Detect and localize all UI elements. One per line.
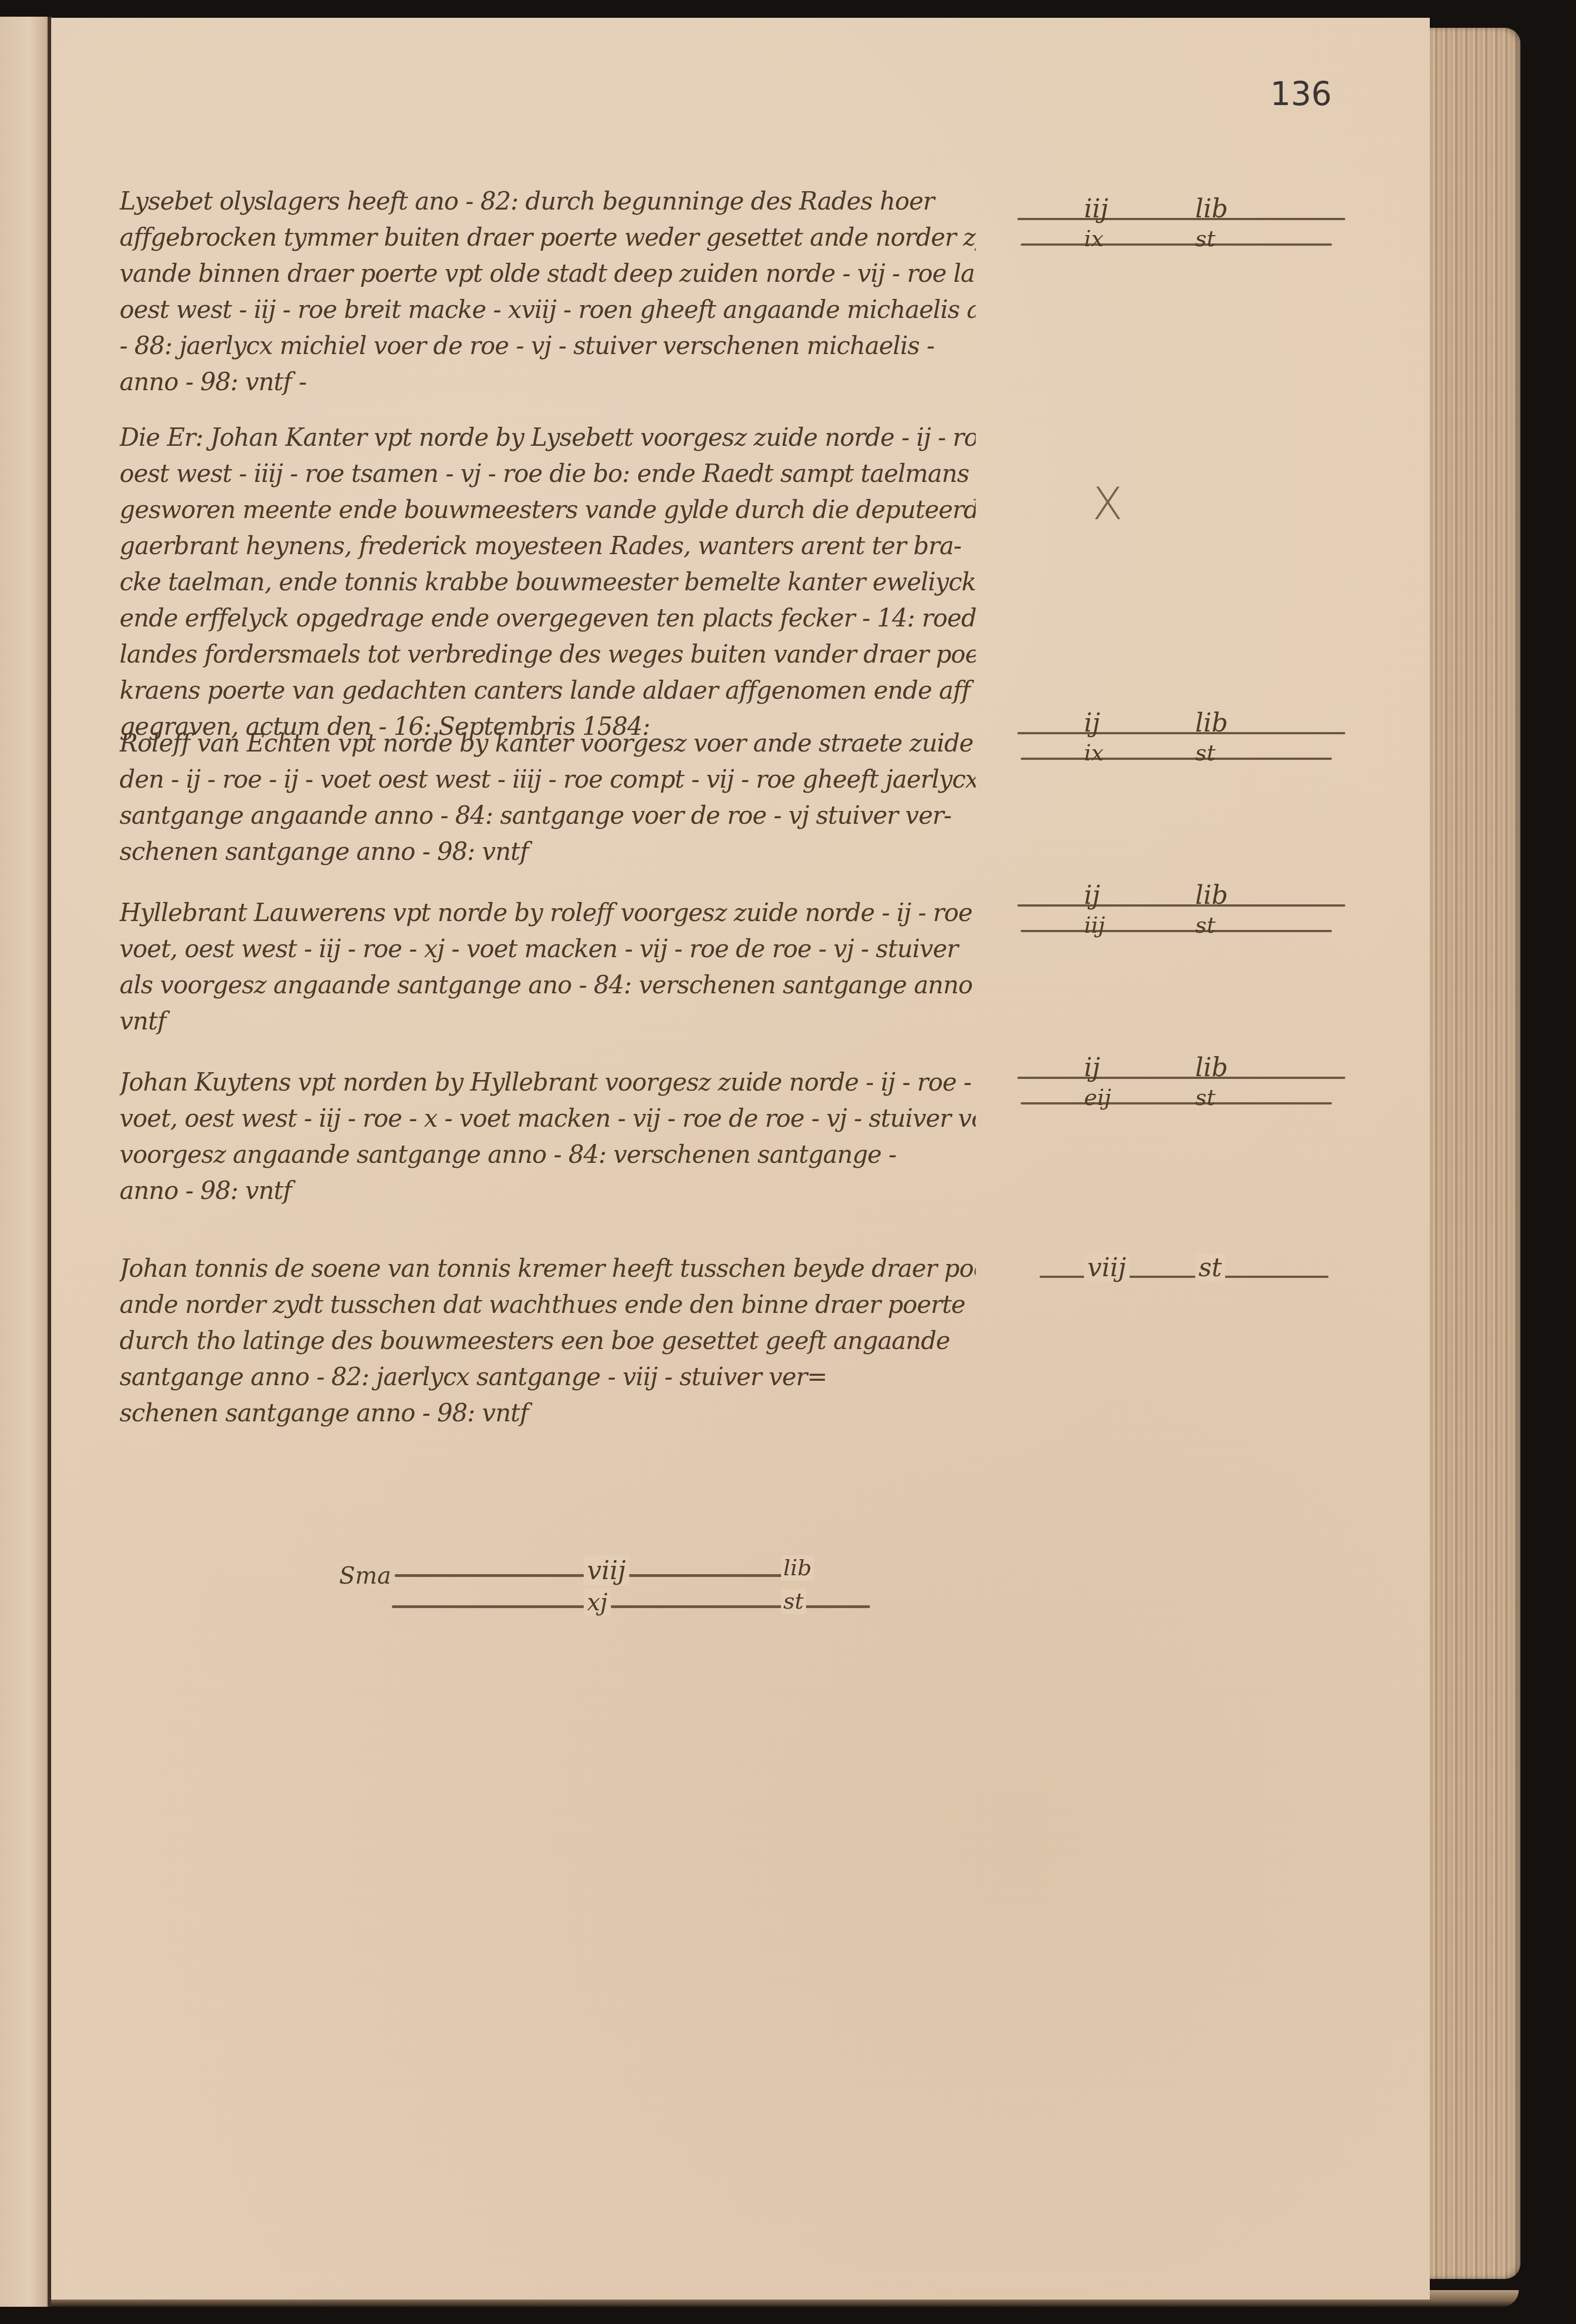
amount-rule bbox=[1017, 1077, 1345, 1079]
entry-line: Johan Kuytens vpt norden by Hyllebrant v… bbox=[120, 1064, 976, 1101]
register-entry-1: Lysebet olyslagers heeft ano - 82: durch… bbox=[120, 183, 976, 400]
amount-rule bbox=[1017, 732, 1345, 734]
amount-rule bbox=[1021, 930, 1332, 932]
entry-line: landes fordersmaels tot verbredinge des … bbox=[120, 636, 976, 673]
amount-rule bbox=[1040, 1276, 1329, 1278]
amount-rule bbox=[1021, 1102, 1332, 1104]
entry-line: Johan tonnis de soene van tonnis kremer … bbox=[120, 1251, 976, 1287]
amount-rule bbox=[1021, 243, 1332, 246]
register-entry-4: Hyllebrant Lauwerens vpt norde by roleff… bbox=[120, 895, 976, 1039]
summa-label: Sma bbox=[339, 1562, 391, 1589]
register-entry-3: Roleff van Echten vpt norde by kanter vo… bbox=[120, 725, 976, 870]
register-entry-5: Johan Kuytens vpt norden by Hyllebrant v… bbox=[120, 1064, 976, 1209]
entry-line: Die Er: Johan Kanter vpt norde by Lysebe… bbox=[120, 420, 976, 456]
page-total: Sma viij lib xj st bbox=[339, 1551, 878, 1618]
margin-amount-6: viij st bbox=[1017, 1253, 1351, 1287]
entry-line: voet, oest west - iij - roe - x - voet m… bbox=[120, 1101, 976, 1137]
amount-unit-lib: lib bbox=[1195, 881, 1228, 909]
margin-amount-3: ij lib ix st bbox=[1017, 709, 1351, 775]
entry-line: anno - 98: vntf - bbox=[120, 364, 976, 400]
amount-pounds: iij bbox=[1084, 195, 1108, 222]
folio-number: 136 bbox=[1270, 75, 1332, 113]
total-pounds: viij bbox=[584, 1555, 629, 1585]
amount-pounds: ij bbox=[1084, 1053, 1100, 1081]
amount-unit-st: st bbox=[1195, 740, 1216, 767]
entry-line: oest west - iij - roe breit macke - xvii… bbox=[120, 292, 976, 328]
amount-unit-lib: lib bbox=[1195, 195, 1228, 222]
amount-stuivers: ix bbox=[1084, 226, 1103, 252]
register-entry-2: Die Er: Johan Kanter vpt norde by Lysebe… bbox=[120, 420, 976, 745]
margin-cross-mark: X bbox=[1092, 478, 1123, 530]
entry-line: ende erffelyck opgedrage ende overgegeve… bbox=[120, 600, 976, 636]
amount-pounds: ij bbox=[1084, 881, 1100, 909]
amount-unit-st: st bbox=[1195, 1253, 1225, 1281]
amount-stuivers: viij bbox=[1084, 1253, 1130, 1281]
entry-line: vntf bbox=[120, 1003, 976, 1039]
entry-line: santgange anno - 82: jaerlycx santgange … bbox=[120, 1359, 976, 1395]
entry-line: Roleff van Echten vpt norde by kanter vo… bbox=[120, 725, 976, 762]
entry-line: durch tho latinge des bouwmeesters een b… bbox=[120, 1323, 976, 1359]
amount-rule bbox=[1021, 758, 1332, 760]
entry-line: Lysebet olyslagers heeft ano - 82: durch… bbox=[120, 183, 976, 220]
register-entry-6: Johan tonnis de soene van tonnis kremer … bbox=[120, 1251, 976, 1431]
entry-line: ande norder zydt tusschen dat wachthues … bbox=[120, 1287, 976, 1323]
amount-unit-st: st bbox=[1195, 1084, 1216, 1111]
amount-rule bbox=[1017, 218, 1345, 220]
entry-line: - 88: jaerlycx michiel voer de roe - vj … bbox=[120, 328, 976, 364]
amount-stuivers: eij bbox=[1084, 1084, 1111, 1111]
entry-line: anno - 98: vntf bbox=[120, 1173, 976, 1209]
total-stuivers: xj bbox=[584, 1589, 611, 1616]
entry-line: kraens poerte van gedachten canters land… bbox=[120, 673, 976, 709]
total-unit-lib: lib bbox=[781, 1555, 814, 1581]
amount-unit-lib: lib bbox=[1195, 1053, 1228, 1081]
entry-line: affgebrocken tymmer buiten draer poerte … bbox=[120, 220, 976, 256]
entry-line: vande binnen draer poerte vpt olde stadt… bbox=[120, 256, 976, 292]
amount-stuivers: ix bbox=[1084, 740, 1103, 767]
entry-line: Hyllebrant Lauwerens vpt norde by roleff… bbox=[120, 895, 976, 931]
entry-line: oest west - iiij - roe tsamen - vj - roe… bbox=[120, 456, 976, 492]
entry-line: gesworen meente ende bouwmeesters vande … bbox=[120, 492, 976, 528]
total-unit-st: st bbox=[781, 1589, 806, 1614]
amount-pounds: ij bbox=[1084, 709, 1100, 736]
amount-unit-st: st bbox=[1195, 912, 1216, 939]
amount-stuivers: iij bbox=[1084, 912, 1105, 939]
entry-line: voorgesz angaande santgange anno - 84: v… bbox=[120, 1137, 976, 1173]
entry-line: gaerbrant heynens, frederick moyesteen R… bbox=[120, 528, 976, 564]
amount-unit-lib: lib bbox=[1195, 709, 1228, 736]
margin-amount-1: iij lib ix st bbox=[1017, 195, 1351, 261]
amount-rule bbox=[1017, 904, 1345, 907]
entry-line: santgange angaande anno - 84: santgange … bbox=[120, 798, 976, 834]
margin-amount-4: ij lib iij st bbox=[1017, 881, 1351, 948]
amount-unit-st: st bbox=[1195, 226, 1216, 252]
entry-line: schenen santgange anno - 98: vntf bbox=[120, 834, 976, 870]
entry-line: schenen santgange anno - 98: vntf bbox=[120, 1395, 976, 1431]
entry-line: den - ij - roe - ij - voet oest west - i… bbox=[120, 762, 976, 798]
entry-line: als voorgesz angaande santgange ano - 84… bbox=[120, 967, 976, 1003]
entry-line: cke taelman, ende tonnis krabbe bouwmees… bbox=[120, 564, 976, 600]
page-block-fore-edge bbox=[1429, 28, 1520, 2279]
entry-line: voet, oest west - iij - roe - xj - voet … bbox=[120, 931, 976, 967]
facing-page-edge bbox=[0, 17, 49, 2307]
margin-amount-5: ij lib eij st bbox=[1017, 1053, 1351, 1120]
